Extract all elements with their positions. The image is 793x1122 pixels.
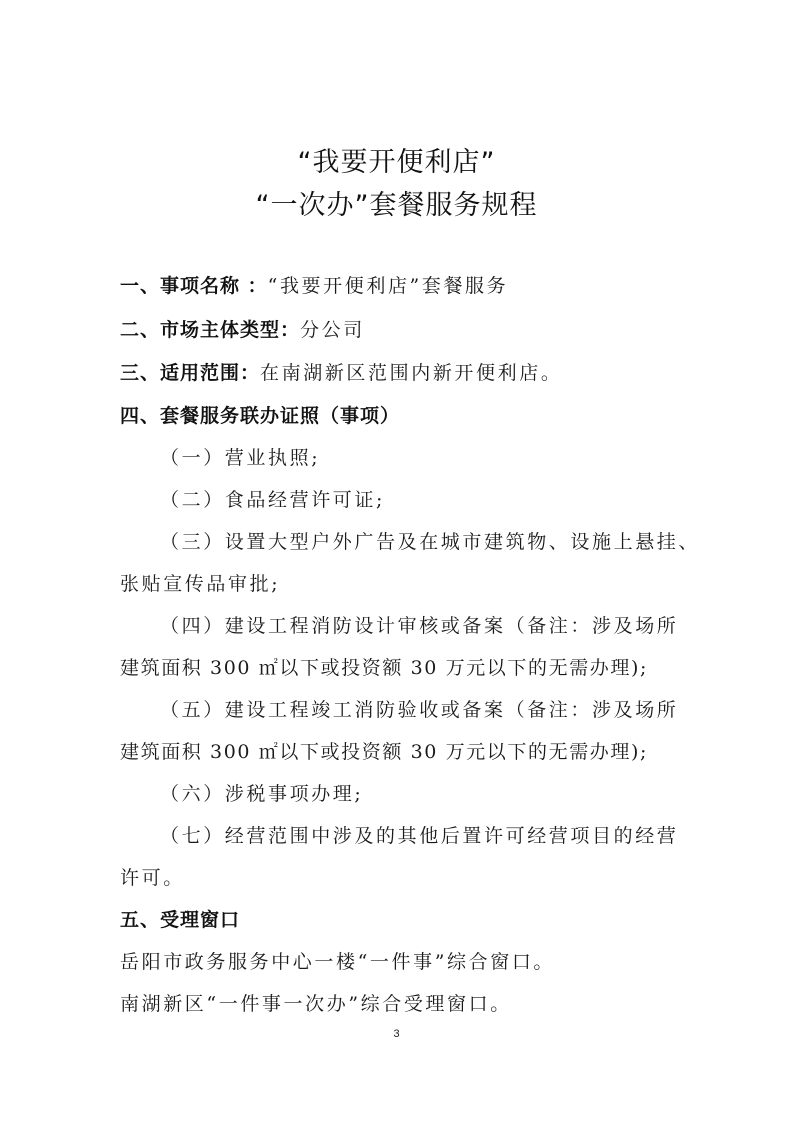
license-item: （三）设置大型户外广告及在城市建筑物、设施上悬挂、	[160, 527, 700, 554]
window-location: 南湖新区“一件事一次办”综合受理窗口。	[120, 989, 512, 1016]
license-item: （四）建设工程消防设计审核或备案（备注：涉及场所	[160, 611, 678, 638]
section-heading: 五、受理窗口	[120, 909, 240, 931]
section-windows: 五、受理窗口	[120, 905, 240, 932]
document-title-line2: “一次办”套餐服务规程	[0, 183, 793, 222]
license-item: （七）经营范围中涉及的其他后置许可经营项目的经营	[160, 821, 678, 848]
license-item-continued: 建筑面积 300 ㎡以下或投资额 30 万元以下的无需办理);	[120, 737, 648, 764]
license-item-continued: 建筑面积 300 ㎡以下或投资额 30 万元以下的无需办理);	[120, 653, 648, 680]
section-heading: 二、市场主体类型：	[120, 319, 300, 341]
section-content: “我要开便利店”套餐服务	[268, 275, 509, 297]
section-licenses: 四、套餐服务联办证照（事项）	[120, 401, 400, 428]
section-heading: 四、套餐服务联办证照（事项）	[120, 405, 400, 427]
section-scope: 三、适用范围：在南湖新区范围内新开便利店。	[120, 358, 562, 385]
window-location: 岳阳市政务服务中心一楼“一件事”综合窗口。	[120, 947, 555, 974]
license-item: （五）建设工程竣工消防验收或备案（备注：涉及场所	[160, 695, 678, 722]
document-title-line1: “我要开便利店”	[0, 140, 793, 179]
section-heading: 一、事项名称 ：	[120, 275, 268, 297]
license-item: （二）食品经营许可证;	[160, 485, 385, 512]
section-content: 分公司	[300, 319, 365, 341]
section-heading: 三、适用范围：	[120, 362, 260, 384]
section-content: 在南湖新区范围内新开便利店。	[260, 362, 562, 384]
page-number: 3	[0, 1028, 793, 1040]
license-item-continued: 张贴宣传品审批;	[120, 569, 280, 596]
license-item: （一）营业执照;	[160, 443, 320, 470]
license-item: （六）涉税事项办理;	[160, 779, 363, 806]
section-entity-type: 二、市场主体类型：分公司	[120, 315, 365, 342]
license-item-continued: 许可。	[120, 863, 185, 890]
section-item-name: 一、事项名称 ：“我要开便利店”套餐服务	[120, 271, 508, 298]
